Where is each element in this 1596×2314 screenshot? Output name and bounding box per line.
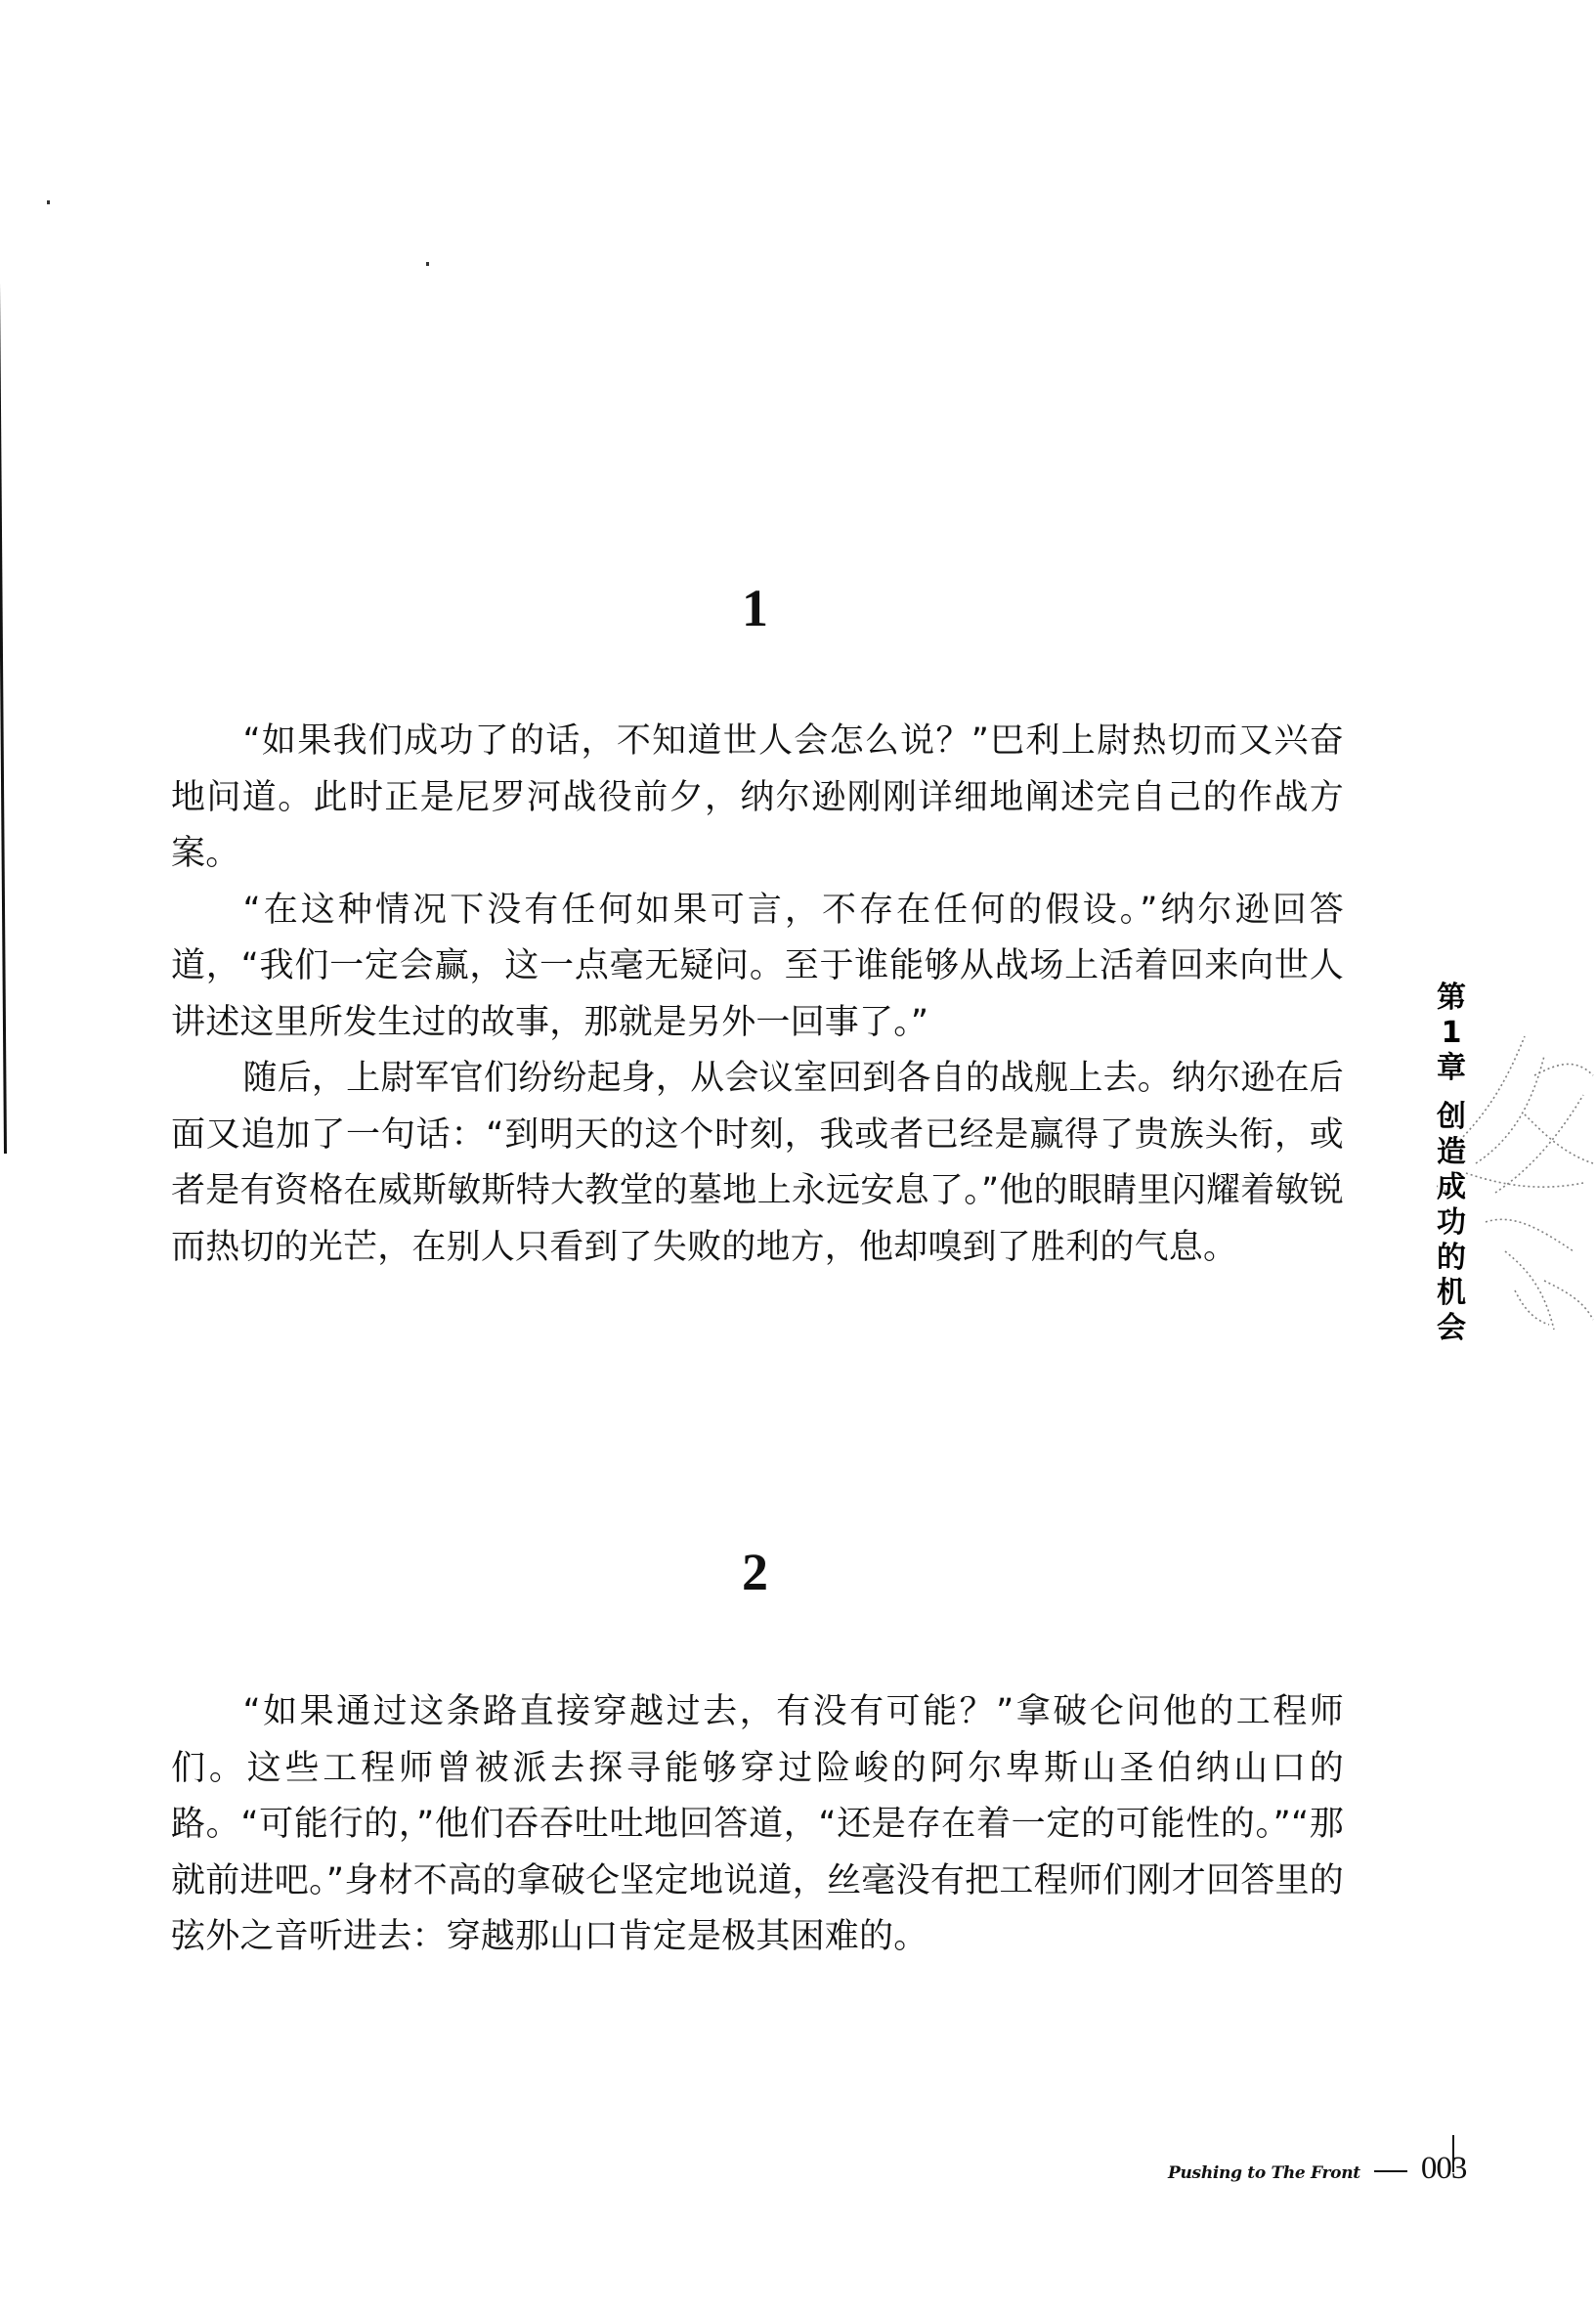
- page-edge-rule: [0, 0, 7, 1154]
- chapter-side-tab: 第 1 章 创 造 成 功 的 机 会: [1430, 981, 1473, 1346]
- chapter-number: 1: [1430, 1016, 1473, 1051]
- section-1-body: “如果我们成功了的话，不知道世人会怎么说？”巴利上尉热切而又兴奋地问道。此时正是…: [171, 714, 1344, 1276]
- scan-speck: [47, 200, 50, 204]
- chapter-title-char: 机: [1430, 1276, 1473, 1311]
- footer-dash: [1374, 2170, 1407, 2172]
- running-book-title: Pushing to The Front: [1168, 2163, 1360, 2183]
- chapter-suffix: 章: [1430, 1051, 1473, 1086]
- chapter-title-char: 造: [1430, 1135, 1473, 1170]
- chapter-prefix: 第: [1430, 981, 1473, 1016]
- chapter-title-char: 创: [1430, 1100, 1473, 1135]
- scan-speck: [426, 262, 429, 266]
- page-footer: Pushing to The Front 003: [1168, 2151, 1466, 2200]
- page-number: 003: [1421, 2151, 1467, 2187]
- paragraph: 随后，上尉军官们纷纷起身，从会议室回到各自的战舰上去。纳尔逊在后面又追加了一句话…: [171, 1051, 1344, 1276]
- chapter-title-char: 功: [1430, 1205, 1473, 1241]
- paragraph: “在这种情况下没有任何如果可言，不存在任何的假设。”纳尔逊回答道，“我们一定会赢…: [171, 883, 1344, 1052]
- paragraph: “如果我们成功了的话，不知道世人会怎么说？”巴利上尉热切而又兴奋地问道。此时正是…: [171, 714, 1344, 883]
- section-2-body: “如果通过这条路直接穿越过去，有没有可能？”拿破仑问他的工程师们。这些工程师曾被…: [171, 1684, 1344, 1966]
- section-number-2: 2: [0, 1543, 1510, 1601]
- section-number-1: 1: [0, 579, 1510, 637]
- chapter-title-char: 会: [1430, 1311, 1473, 1346]
- paragraph: “如果通过这条路直接穿越过去，有没有可能？”拿破仑问他的工程师们。这些工程师曾被…: [171, 1684, 1344, 1966]
- chapter-title-char: 的: [1430, 1241, 1473, 1276]
- chapter-title-char: 成: [1430, 1170, 1473, 1205]
